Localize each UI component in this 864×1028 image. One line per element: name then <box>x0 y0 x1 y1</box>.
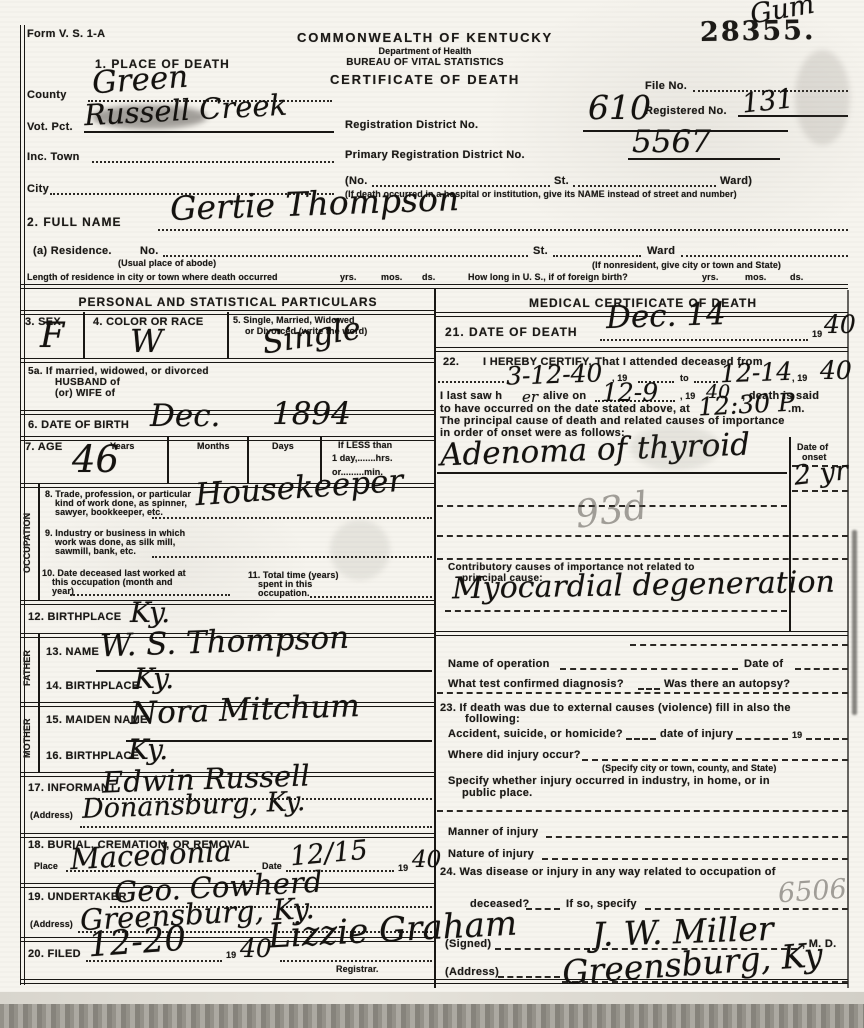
fill-line <box>152 556 432 558</box>
fill-line <box>437 692 848 694</box>
dob-year-value: 1894 <box>272 396 351 432</box>
last-saw-comma19: , 19 <box>680 391 695 401</box>
scan-smudge <box>330 520 390 580</box>
cell-divider <box>38 703 40 773</box>
fill-line <box>526 908 560 910</box>
registered-no-label: Registered No. <box>645 105 727 117</box>
total-time-label3: occupation. <box>258 588 310 598</box>
occurred-text: to have occurred on the date stated abov… <box>440 403 690 415</box>
fill-line <box>630 644 848 646</box>
fill-line <box>626 738 656 740</box>
fill-line <box>163 255 528 257</box>
pencil-code-bottom: 6506 <box>777 874 848 910</box>
fill-line <box>736 738 788 740</box>
wife-of-label: (or) WIFE of <box>55 388 115 399</box>
cell-divider <box>38 634 40 703</box>
mother-birthplace-label: 16. BIRTHPLACE <box>46 750 139 762</box>
burial-year-value: 40 <box>412 847 441 873</box>
filed-label: 20. FILED <box>28 948 81 960</box>
personal-section-title: PERSONAL AND STATISTICAL PARTICULARS <box>78 295 377 309</box>
residence-length-label: Length of residence in city or town wher… <box>27 272 278 282</box>
father-name-value: W. S. Thompson <box>99 620 349 665</box>
last-saw-pre: I last saw h <box>440 390 502 402</box>
father-birthplace-value: Ky. <box>134 662 174 695</box>
ds-label: ds. <box>790 272 803 282</box>
date-of-death-label: 21. DATE OF DEATH <box>445 325 578 339</box>
cell-divider <box>227 312 229 359</box>
filed-year-prefix: 19 <box>226 950 236 960</box>
fill-line <box>437 472 787 474</box>
residence-label: (a) Residence. <box>33 245 112 257</box>
dod-year-value: 40 <box>824 310 856 339</box>
fill-line <box>280 960 432 962</box>
informant-address-value: Donansburg, Ky. <box>82 786 306 825</box>
occurred-m-label: .m. <box>788 403 805 415</box>
commonwealth-title: COMMONWEALTH OF KENTUCKY <box>297 30 553 45</box>
registration-district-value: 610 <box>588 88 651 127</box>
fill-line <box>84 131 334 133</box>
age-value: 46 <box>72 438 119 481</box>
fill-line <box>792 490 848 492</box>
test-confirmed-label: What test confirmed diagnosis? <box>448 678 624 690</box>
scan-bottom-band <box>0 1004 864 1028</box>
st-label: St. <box>554 175 569 187</box>
race-value: W <box>130 322 163 360</box>
scan-smudge <box>795 50 850 145</box>
file-no-label: File No. <box>645 80 687 92</box>
certificate-stamp-number: 28355. <box>700 15 816 48</box>
married-to-label: 5a. If married, widowed, or divorced <box>28 366 209 377</box>
registrar-label: Registrar. <box>336 964 379 974</box>
occupation-value: Housekeeper <box>194 463 404 513</box>
attended-from-value: 3-12-40 <box>506 358 603 390</box>
date-of-onset-label1: Date of <box>797 442 828 452</box>
row-rule <box>20 410 434 415</box>
injury-year-prefix: 19 <box>792 730 802 740</box>
comma-19: , 19 <box>792 373 807 383</box>
certify-number: 22. <box>443 356 459 368</box>
fill-line <box>126 740 432 742</box>
attended-to-value: 12-14 <box>720 357 793 388</box>
accident-label: Accident, suicide, or homicide? <box>448 728 623 740</box>
occupation-related-label: 24. Was disease or injury in any way rel… <box>440 866 776 878</box>
cell-divider <box>83 312 85 359</box>
ds-label: ds. <box>422 272 435 282</box>
residence-no-label: No. <box>140 245 159 257</box>
row-rule <box>434 347 848 352</box>
department-subtitle: Department of Health <box>378 46 471 56</box>
fill-line <box>573 185 716 187</box>
bureau-subtitle: BUREAU OF VITAL STATISTICS <box>346 57 504 68</box>
primary-district-label: Primary Registration District No. <box>345 149 525 161</box>
if-so-specify-label: If so, specify <box>566 898 637 910</box>
fill-line <box>437 558 848 560</box>
operation-date-label: Date of <box>744 658 783 670</box>
form-number: Form V. S. 1-A <box>27 28 105 40</box>
operation-label: Name of operation <box>448 658 550 670</box>
dob-month-value: Dec. <box>150 398 220 434</box>
filed-year-value: 40 <box>240 934 272 963</box>
fill-line <box>437 535 848 537</box>
fill-line <box>628 158 780 160</box>
nonresident-note: (If nonresident, give city or town and S… <box>592 260 781 270</box>
inc-town-label: Inc. Town <box>27 151 80 163</box>
date-of-birth-label: 6. DATE OF BIRTH <box>28 419 129 431</box>
fill-line <box>437 810 848 812</box>
age-label: 7. AGE <box>25 441 62 453</box>
death-certificate-scan: Form V. S. 1-A COMMONWEALTH OF KENTUCKY … <box>0 0 864 1028</box>
burial-place-label: Place <box>34 861 58 871</box>
fill-line <box>560 668 738 670</box>
right-border <box>847 290 849 988</box>
to-label: to <box>680 373 689 383</box>
nature-of-injury-label: Nature of injury <box>448 848 534 860</box>
fill-line <box>438 381 504 383</box>
fill-line <box>681 255 848 257</box>
age-months-label: Months <box>197 441 230 451</box>
cell-divider <box>38 484 40 600</box>
last-saw-mid: alive on <box>543 390 586 402</box>
external-causes-label2: following: <box>465 713 520 725</box>
fill-line <box>80 826 432 828</box>
specify-city-note: (Specify city or town, county, and State… <box>602 763 776 773</box>
fill-line <box>795 668 848 670</box>
column-divider <box>434 288 436 988</box>
row-rule <box>20 600 434 605</box>
scan-edge-band <box>0 992 864 1004</box>
manner-of-injury-label: Manner of injury <box>448 826 538 838</box>
fill-line <box>546 836 848 838</box>
mos-label: mos. <box>745 272 766 282</box>
residence-st-label: St. <box>533 245 548 257</box>
autopsy-label: Was there an autopsy? <box>664 678 790 690</box>
fill-line <box>495 948 590 950</box>
fill-line <box>92 161 334 163</box>
fill-line <box>553 255 641 257</box>
burial-year-prefix: 19 <box>398 863 408 873</box>
certificate-title: CERTIFICATE OF DEATH <box>330 72 520 87</box>
principal-cause-text1: The principal cause of death and related… <box>440 415 785 427</box>
cell-divider <box>167 437 169 484</box>
fill-line <box>638 688 660 690</box>
age-days-label: Days <box>272 441 294 451</box>
row-rule <box>20 358 434 363</box>
father-name-label: 13. NAME <box>46 646 99 658</box>
scan-streak <box>852 530 857 715</box>
fill-line <box>806 738 848 740</box>
mos-label: mos. <box>381 272 402 282</box>
residence-ward-label: Ward <box>647 245 675 257</box>
yrs-label: yrs. <box>340 272 356 282</box>
age-less-label2: 1 day,.......hrs. <box>332 453 393 463</box>
undertaker-address-label: (Address) <box>30 919 73 929</box>
specify-injury-label2: public place. <box>462 787 533 799</box>
city-label: City <box>27 183 49 195</box>
scan-smudge <box>630 425 720 470</box>
yrs-label: yrs. <box>702 272 718 282</box>
fill-line <box>600 339 808 341</box>
husband-of-label: HUSBAND of <box>55 377 120 388</box>
pencil-code-cause: 93d <box>572 483 650 537</box>
industry-label3: sawmill, bank, etc. <box>55 546 136 556</box>
age-less-label1: If LESS than <box>338 440 392 450</box>
occupation-side-label: OCCUPATION <box>22 490 32 596</box>
how-long-us-label: How long in U. S., if of foreign birth? <box>468 272 628 282</box>
vot-pct-label: Vot. Pct. <box>27 121 73 133</box>
cause-onset-value: 2 yr <box>793 455 850 491</box>
sex-value: F <box>40 316 64 356</box>
fill-line <box>310 596 432 598</box>
father-side-label: FATHER <box>22 638 32 698</box>
abode-note: (Usual place of abode) <box>118 258 216 268</box>
date-of-injury-label: date of injury <box>660 728 733 740</box>
where-injury-label: Where did injury occur? <box>448 749 581 761</box>
fill-line <box>498 976 560 978</box>
onset-box-divider <box>789 437 791 631</box>
physician-address-label: (Address) <box>445 966 499 978</box>
father-birthplace-label: 14. BIRTHPLACE <box>46 680 139 692</box>
fill-line <box>86 960 222 962</box>
birthplace-label: 12. BIRTHPLACE <box>28 611 121 623</box>
county-label: County <box>27 89 67 101</box>
mother-birthplace-value: Ky. <box>128 733 168 766</box>
attended-to-year: 40 <box>820 356 852 385</box>
mother-side-label: MOTHER <box>22 708 32 768</box>
fill-line <box>445 610 787 612</box>
primary-district-value: 5567 <box>632 124 711 160</box>
specify-injury-label1: Specify whether injury occurred in indus… <box>448 775 770 787</box>
informant-address-label: (Address) <box>30 810 73 820</box>
contributory-cause-value: Myocardial degeneration <box>452 565 835 607</box>
mother-name-value: Nora Mitchum <box>129 688 360 732</box>
full-name-value: Gertie Thompson <box>169 179 459 228</box>
occupation-trade-label3: sawyer, bookkeeper, etc. <box>55 507 163 517</box>
row-rule <box>434 631 848 636</box>
ward-label: Ward) <box>720 175 752 187</box>
fill-line <box>542 858 848 860</box>
fill-line <box>582 759 848 761</box>
full-name-label: 2. FULL NAME <box>27 215 121 229</box>
dod-year-prefix: 19 <box>812 329 822 339</box>
registration-district-label: Registration District No. <box>345 119 478 131</box>
filed-date-value: 12-20 <box>87 919 188 966</box>
date-of-death-value: Dec. 14 <box>605 296 726 336</box>
fill-line <box>158 229 848 231</box>
birthplace-value: Ky. <box>130 596 170 629</box>
fill-line <box>152 517 432 519</box>
